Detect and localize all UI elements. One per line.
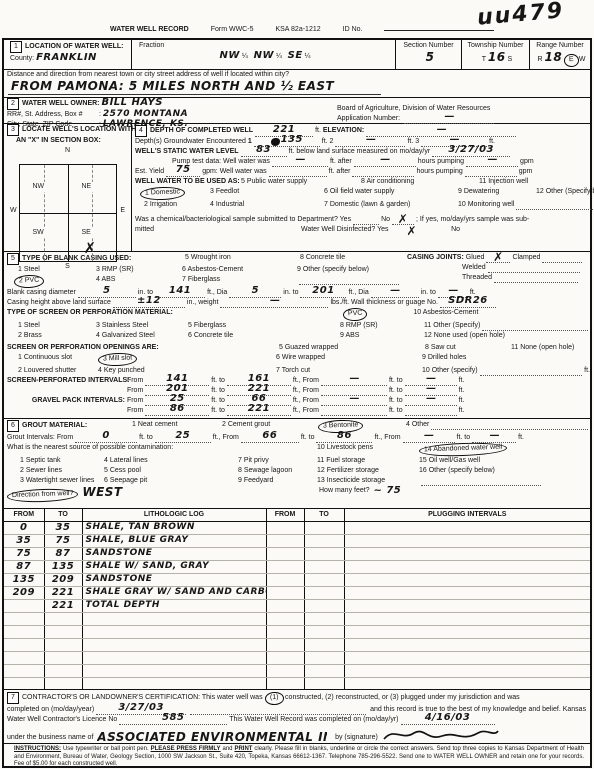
gpm-colon: gpm: [202,168,218,175]
grout-intervals-label: Grout Intervals: [7,434,55,441]
gi-3-to-blank: — [472,433,516,443]
signature-scrawl [382,725,500,743]
contam-option-14: 14 Abandoned water well [424,444,502,454]
ft-from: ft., From [374,434,400,441]
township-prefix: T [482,56,486,63]
screen-option-6: 6 Concrete tile [188,331,340,341]
est-yield-blank: 75 [166,167,200,177]
opening-option-3-circled: 3 Mill slot [98,352,138,366]
screen-option-7: PVC [348,310,363,317]
litho-desc: SHALE GRAY W/ SAND AND CARBON [86,587,267,597]
static-date-blank: 3/27/03 [432,147,510,157]
owner-value: BILL HAYS [101,97,162,108]
diameter-3-dash: — [390,285,399,296]
section-1-location: 1LOCATION OF WATER WELL: County: FRANKLI… [4,40,590,70]
ft-to: ft. to [211,406,225,416]
opening-option-5: 5 Guazed wrapped [279,343,425,353]
sample-no-x-mark: ✗ [398,212,409,226]
fraction-2: NW [254,50,274,61]
quadrant-se: SE [80,228,93,238]
by-signature-label: by (signature) [335,733,378,743]
use-option-1-circled: 1 Domestic [140,186,185,201]
opening-option-1: 1 Continuous slot [18,353,98,366]
spi-1b-from-blank: — [321,376,387,386]
section-2-owner: 2WATER WELL OWNER: BILL HAYS RR#, St. Ad… [4,98,590,124]
pump-dash-3: — [488,154,497,165]
ft-to: ft. to [457,434,471,441]
litho-from: 87 [16,561,31,572]
well-water-was: Well water was [220,168,267,175]
sample-yes-blank [353,215,379,225]
ft-to: ft. to [211,396,225,406]
dash: — [349,373,358,384]
litho-to: 221 [52,587,74,598]
ft-from: ft., From [213,434,239,441]
use-option-7: 7 Domestic (lawn & garden) [324,200,458,210]
gi-1-to-blank: 25 [155,433,211,443]
length-2: 201 [312,285,334,296]
ft-to: ft. to [389,396,403,406]
application-number-blank: — [404,114,494,124]
ft-from: ft., From [293,406,319,416]
ft-to: ft. to [389,386,403,396]
record-date: 4/16/03 [425,712,471,723]
casing-option-2-circled: 2 PVC [14,274,45,288]
weight-dash: — [270,295,279,306]
casing-option-7: 7 Fiberglass [182,275,297,288]
screen-option-4: 4 Galvanized Steel [96,331,188,341]
hours-pumping: hours pumping [418,158,464,165]
in-weight-label: in., weight [187,299,219,306]
pump-dash-2: — [380,154,389,165]
range-prefix: R [538,56,543,63]
litho-row: 87135SHALE W/ SAND, GRAY [4,561,590,574]
groundwater-label: Depth(s) Groundwater Encountered [135,138,246,145]
glued-x-mark: ✗ [493,250,504,264]
pump-gpm-blank: — [466,157,518,167]
gpm-label: gpm [519,168,533,175]
litho-empty-row [4,665,590,678]
ft-from: ft., From [293,396,319,406]
direction-from-well-circled: Direction from well? [7,488,79,503]
dash: — [490,430,499,441]
gpi-1b-from-blank: — [321,396,387,406]
screen-option-9: 9 ABS [340,331,424,341]
distance-direction-block: Distance and direction from nearest town… [4,70,590,98]
section-6-number: 6 [7,420,19,432]
grout-option-4-blank [431,420,588,430]
gpi-2-from-blank: 86 [145,406,209,416]
contam-option-2: 2 Sewer lines [20,466,104,476]
gpi-1b-to-blank: — [405,396,457,406]
county-value: FRANKLIN [36,52,97,63]
quadrant-sw: SW [31,228,46,238]
licence-value: 585 [162,712,184,723]
section-number-value: 5 [426,50,435,64]
section-4-well-data: 4DEPTH OF COMPLETED WELL221ft. ELEVATION… [132,124,594,251]
col-to-1: TO [44,509,82,522]
gw-2-blank: — [335,137,405,147]
casing-option-6: 6 Asbestos-Cement [182,265,297,275]
diameter-1-blank: 5 [78,288,136,298]
opening-option-9: 9 Drilled holes [422,353,466,366]
well-water-was: Well water was [223,158,270,165]
screen-option-5: 5 Fiberglass [188,321,340,331]
gpi-2-to: 221 [248,403,270,414]
ft-from: ft., From [293,376,319,386]
wall-thickness-value: SDR26 [448,295,488,306]
weight-blank: — [220,298,328,308]
ft-dia: ft., Dia [348,289,368,296]
pump-hours-blank: — [354,157,416,167]
est-yield-value: 75 [176,164,191,175]
fraction-value: NW ¼ NW ¼ SE ¼ [135,51,392,62]
litho-row: 7587SANDSTONE [4,548,590,561]
use-option-8: 8 Air conditioning [361,177,479,187]
section-5-casing: 5TYPE OF BLANK CASING USED:5 Wrought iro… [4,252,590,419]
clamped-label: Clamped [512,254,540,261]
openings-title: SCREEN OR PERFORATION OPENINGS ARE: [7,343,279,353]
contam-option-16: 16 Other (specify below) [419,466,495,476]
section-1-number: 1 [10,41,22,53]
address-label: RR#, St. Address, Box # [7,110,99,120]
welded-blank [488,263,580,273]
casing-height-label: Casing height above land surface [7,299,111,306]
contam-option-1: 1 Septic tank [20,456,104,466]
length-2-blank: 201 [300,288,346,298]
completed-on-label: completed on (mo/day/year) [7,706,94,713]
use-option-6: 6 Oil field water supply [324,187,458,200]
township-suffix: S [508,56,513,63]
litho-to: 35 [56,522,71,533]
constructed-1: (1) [269,694,278,701]
est-depth-blank [269,167,327,177]
screen-option-12: 12 None used (open hole) [424,331,505,341]
threaded-blank [494,273,578,283]
casing-option-9-blank [299,275,399,285]
ft-to: ft. to [301,434,315,441]
ft-label: ft. [459,406,465,416]
opening-option-8: 8 Saw cut [425,343,511,353]
casing-joints-label: CASING JOINTS: [407,254,464,261]
cert-long-blank [190,705,366,715]
screen-option-7-circled: PVC [343,308,368,322]
static-level-rest: ft. below land surface measured on mo/da… [289,148,431,155]
ft-dia: ft., Dia [207,289,227,296]
section-3-locate: 3LOCATE WELL'S LOCATION WITH AN "X" IN S… [4,124,132,251]
gi-1-to: 25 [175,430,190,441]
litho-row: 221TOTAL DEPTH [4,600,590,613]
disinfected-label: Water Well Disinfected? Yes [301,225,389,237]
opening-option-11: 11 None (open hole) [511,343,574,353]
litho-empty-row [4,652,590,665]
litho-desc: SANDSTONE [86,548,153,558]
gw-2: ft. 2 [322,138,334,145]
gw-1: 1 [248,138,252,145]
instr-press-firmly: PLEASE PRESS FIRMLY [151,746,221,752]
gi-3-from-blank: — [403,433,455,443]
litho-empty-row [4,678,590,691]
static-level-value: 83 [256,144,271,155]
casing-diameter-label: Blank casing diameter [7,289,76,296]
owner-label: WATER WELL OWNER: [22,100,100,107]
use-option-2: 2 Irrigation [144,200,210,210]
licence-label: Water Well Contractor's Licence No [7,716,117,723]
sample-question: Was a chemical/bacteriological sample su… [135,216,351,223]
litho-to: 209 [52,574,74,585]
contam-option-8: 8 Sewage lagoon [238,466,317,476]
litho-empty-row [4,639,590,652]
casing-option-8: 8 Concrete tile [300,253,345,265]
pump-depth-blank: — [272,157,328,167]
screen-option-8: 8 RMP (SR) [340,321,424,331]
gw-1-value: 135 [281,134,303,145]
casing-height-blank: ±12 [113,298,185,308]
section-6-grout: 6GROUT MATERIAL:1 Neat cement2 Cement gr… [4,419,590,509]
id-no-label: ID No. [343,26,363,33]
compass-east: E [120,206,125,216]
litho-row: 135209SANDSTONE [4,574,590,587]
use-option-11: 11 Injection well [479,177,528,187]
ft-to: ft. to [389,406,403,416]
est-yield-label: Est. Yield [135,168,164,175]
section-3-number: 3 [7,124,19,136]
gpi-2b-from-blank [321,406,387,416]
screen-option-10: 10 Asbestos-Cement [413,308,478,321]
grout-title: GROUT MATERIAL: [22,422,87,429]
instructions-lead: INSTRUCTIONS: [14,746,61,752]
compass-north: N [4,146,131,156]
ft-from: ft., From [293,386,319,396]
range-west: W [579,56,586,63]
form-body: 1LOCATION OF WATER WELL: County: FRANKLI… [2,38,592,768]
use-option-10: 10 Monitoring well [458,200,514,210]
from-label: From [127,386,143,396]
col-lithologic-log: LITHOLOGIC LOG [82,509,266,522]
use-option-10-blank [516,200,594,210]
ft-label: ft. [315,127,321,134]
casing-option-2: 2 PVC [19,277,39,285]
gpm-label: gpm [520,158,534,165]
completed-date: 3/27/03 [118,702,164,713]
screen-option-11: 11 Other (Specify) [424,321,480,331]
ft-after: ft. after [329,168,351,175]
litho-desc: SHALE W/ SAND, GRAY [86,561,210,571]
board-of-agriculture-text: Board of Agriculture, Division of Water … [334,104,590,114]
contam-option-10: 10 Livestock pens [317,443,419,456]
ft-to: ft. to [139,434,153,441]
constructed-1-circled: (1) [264,692,283,706]
screen-option-11-blank [482,321,588,331]
colon: : [99,110,101,120]
instr-constructed: constructed [73,761,104,767]
screen-option-2: 2 Brass [18,331,96,341]
wall-thickness-blank: SDR26 [440,298,496,308]
elevation-blank: — [366,127,516,137]
contam-option-13: 13 Insecticide storage [317,476,419,486]
grout-option-3: 3 Bentonite [323,421,359,429]
est-hours-blank [352,167,414,177]
casing-height-value: ±12 [137,295,161,306]
static-level-blank: 83 [241,147,287,157]
ft-label: ft. [459,376,465,386]
litho-desc: SHALE, TAN BROWN [86,522,195,532]
dash: — [349,393,358,404]
section-2-number: 2 [7,98,19,110]
depth-completed-label: DEPTH OF COMPLETED WELL [150,127,253,134]
business-name-value: ASSOCIATED ENVIRONMENTAL INC. [97,731,327,743]
range-value: 18 [545,50,563,64]
screen-option-3: 3 Stainless Steel [96,321,188,331]
use-option-3: 3 Feedlot [210,187,324,200]
water-well-record-scan: uu479 WATER WELL RECORDForm WWC-5KSA 82a… [0,0,594,769]
litho-to: 75 [56,535,71,546]
contam-option-6: 6 Seepage pit [104,476,238,486]
screen-material-title: TYPE OF SCREEN OR PERFORATION MATERIAL: [7,308,231,321]
threaded-label: Threaded [462,274,492,281]
ft-label: ft. [518,434,524,441]
instr-p1: Use typewriter or ball point pen. [63,746,149,752]
instructions-text: INSTRUCTIONS: Use typewriter or ball poi… [4,743,590,769]
form-number: Form WWC-5 [211,26,254,33]
compass-west: W [10,206,17,216]
contam-option-9: 9 Feedyard [238,476,317,486]
section-3-title-line2: AN "X" IN SECTION BOX: [4,136,131,146]
litho-from: 35 [16,535,31,546]
col-from-2: FROM [266,509,304,522]
clamped-blank [542,253,582,263]
gi-1-from: 0 [102,430,109,441]
screen-intervals-label: SCREEN-PERFORATED INTERVALS: [7,376,125,386]
use-label: WELL WATER TO BE USED AS: [135,177,241,187]
record-completed-label: This Water Well Record was completed on … [229,716,398,723]
wall-thickness-label: lbs./ft. Wall thickness or guage No. [330,299,438,306]
county-label: County: [10,55,34,62]
from-label: From [57,434,73,441]
ft-to: ft. to [211,376,225,386]
litho-from: 209 [13,587,35,598]
glued-blank: ✗ [486,253,510,263]
certification-text-1: CONTRACTOR'S OR LANDOWNER'S CERTIFICATIO… [22,694,263,701]
well-location-x-mark: ✗ [84,241,97,256]
in-to: in. to [421,289,436,296]
litho-to: 135 [52,561,74,572]
quarter-glyph: ¼ [242,53,248,60]
application-number-dash: — [444,111,453,122]
est-gpm-blank [465,167,517,177]
ft-to: ft. to [211,386,225,396]
dash: — [424,430,433,441]
quarter-glyph: ¼ [305,53,311,60]
section-box-diagram: NW NE SW SE ✗ [19,164,117,262]
sample-no-label: No [381,216,390,223]
litho-row: 035SHALE, TAN BROWN [4,522,590,535]
contam-option-12: 12 Fertilizer storage [317,466,419,476]
use-option-4: 4 Industrial [210,200,324,210]
sample-question-wrap: mitted [135,225,301,237]
litho-to: 87 [56,548,71,559]
direction-from-well-label: Direction from well? [12,490,74,499]
hours-pumping: hours pumping [416,168,462,175]
fraction-3: SE [288,50,303,61]
casing-option-3: 3 RMP (SR) [96,265,182,275]
application-number-label: Application Number: [337,115,400,122]
gi-2-to-blank: 86 [316,433,372,443]
opening-option-3: 3 Mill slot [103,354,132,362]
gi-1-from-blank: 0 [75,433,137,443]
length-1: 141 [169,285,191,296]
gw-3: ft. 3 [407,138,419,145]
instr-print: PRINT [234,746,252,752]
distance-answer: FROM PAMONA: 5 MILES NORTH AND ½ EAST [11,79,334,93]
litho-row: 209221SHALE GRAY W/ SAND AND CARBON [4,587,590,600]
quadrant-nw: NW [31,182,47,192]
record-date-blank: 4/16/03 [401,715,495,725]
dash: — [426,393,435,404]
contam-option-16-blank [421,476,541,486]
lithologic-log-table: FROM TO LITHOLOGIC LOG FROM TO PLUGGING … [4,509,590,690]
contam-option-4: 4 Lateral lines [104,456,238,466]
certification-text-3: and this record is true to the best of m… [370,706,586,713]
range-east-circled: E [564,54,579,68]
use-option-12: 12 Other (Specify below) [536,187,594,200]
litho-to: 221 [52,600,74,611]
range-east: E [569,56,574,63]
contam-option-5: 5 Cess pool [104,466,238,476]
contam-option-11: 11 Fuel storage [317,456,419,466]
litho-desc: TOTAL DEPTH [86,600,160,610]
section-7-certification: 7CONTRACTOR'S OR LANDOWNER'S CERTIFICATI… [4,690,590,769]
instr-p5: well. [105,761,117,767]
litho-from: 0 [20,522,27,533]
casing-option-1: 1 Steel [18,265,96,275]
elevation-label: ELEVATION: [323,127,364,134]
gpi-2-from: 86 [170,403,185,414]
sections-3-4: 3LOCATE WELL'S LOCATION WITH AN "X" IN S… [4,124,590,252]
welded-label: Welded [462,264,486,271]
col-from-1: FROM [4,509,44,522]
diameter-1: 5 [103,285,110,296]
section-7-number: 7 [7,692,19,704]
ft-to: ft. to [389,376,403,386]
col-to-2: TO [304,509,344,522]
instr-p2: and [222,746,232,752]
certification-text-2: constructed, (2) reconstructed, or (3) p… [285,694,520,701]
litho-empty-row [4,613,590,626]
how-many-feet-label: How many feet? [319,486,370,502]
disinfected-no-label: No [451,225,460,237]
sample-rest: ; If yes, mo/day/yrs sample was sub- [416,216,529,223]
ft-label: ft. [459,396,465,406]
opening-option-10-blank [480,366,583,376]
id-no-blank [384,22,494,31]
ksa-number: KSA 82a-1212 [275,26,320,33]
diameter-2: 5 [252,285,259,296]
feet-value: ~ 75 [373,486,401,502]
litho-desc: SHALE, BLUE GRAY [86,535,189,545]
gi-2-from-blank: 66 [241,433,299,443]
gpi-2-to-blank: 221 [227,406,291,416]
ft-label: ft. [459,386,465,396]
in-to: in. to [283,289,298,296]
length-1-blank: 141 [155,288,205,298]
business-name-label: under the business name of [7,733,93,743]
litho-desc: SANDSTONE [86,574,153,584]
opening-option-2: 2 Louvered shutter [18,366,98,376]
gw-2-dash: — [366,134,375,145]
contam-option-7: 7 Pit privy [238,456,317,466]
static-level-label: WELL'S STATIC WATER LEVEL [135,148,239,155]
